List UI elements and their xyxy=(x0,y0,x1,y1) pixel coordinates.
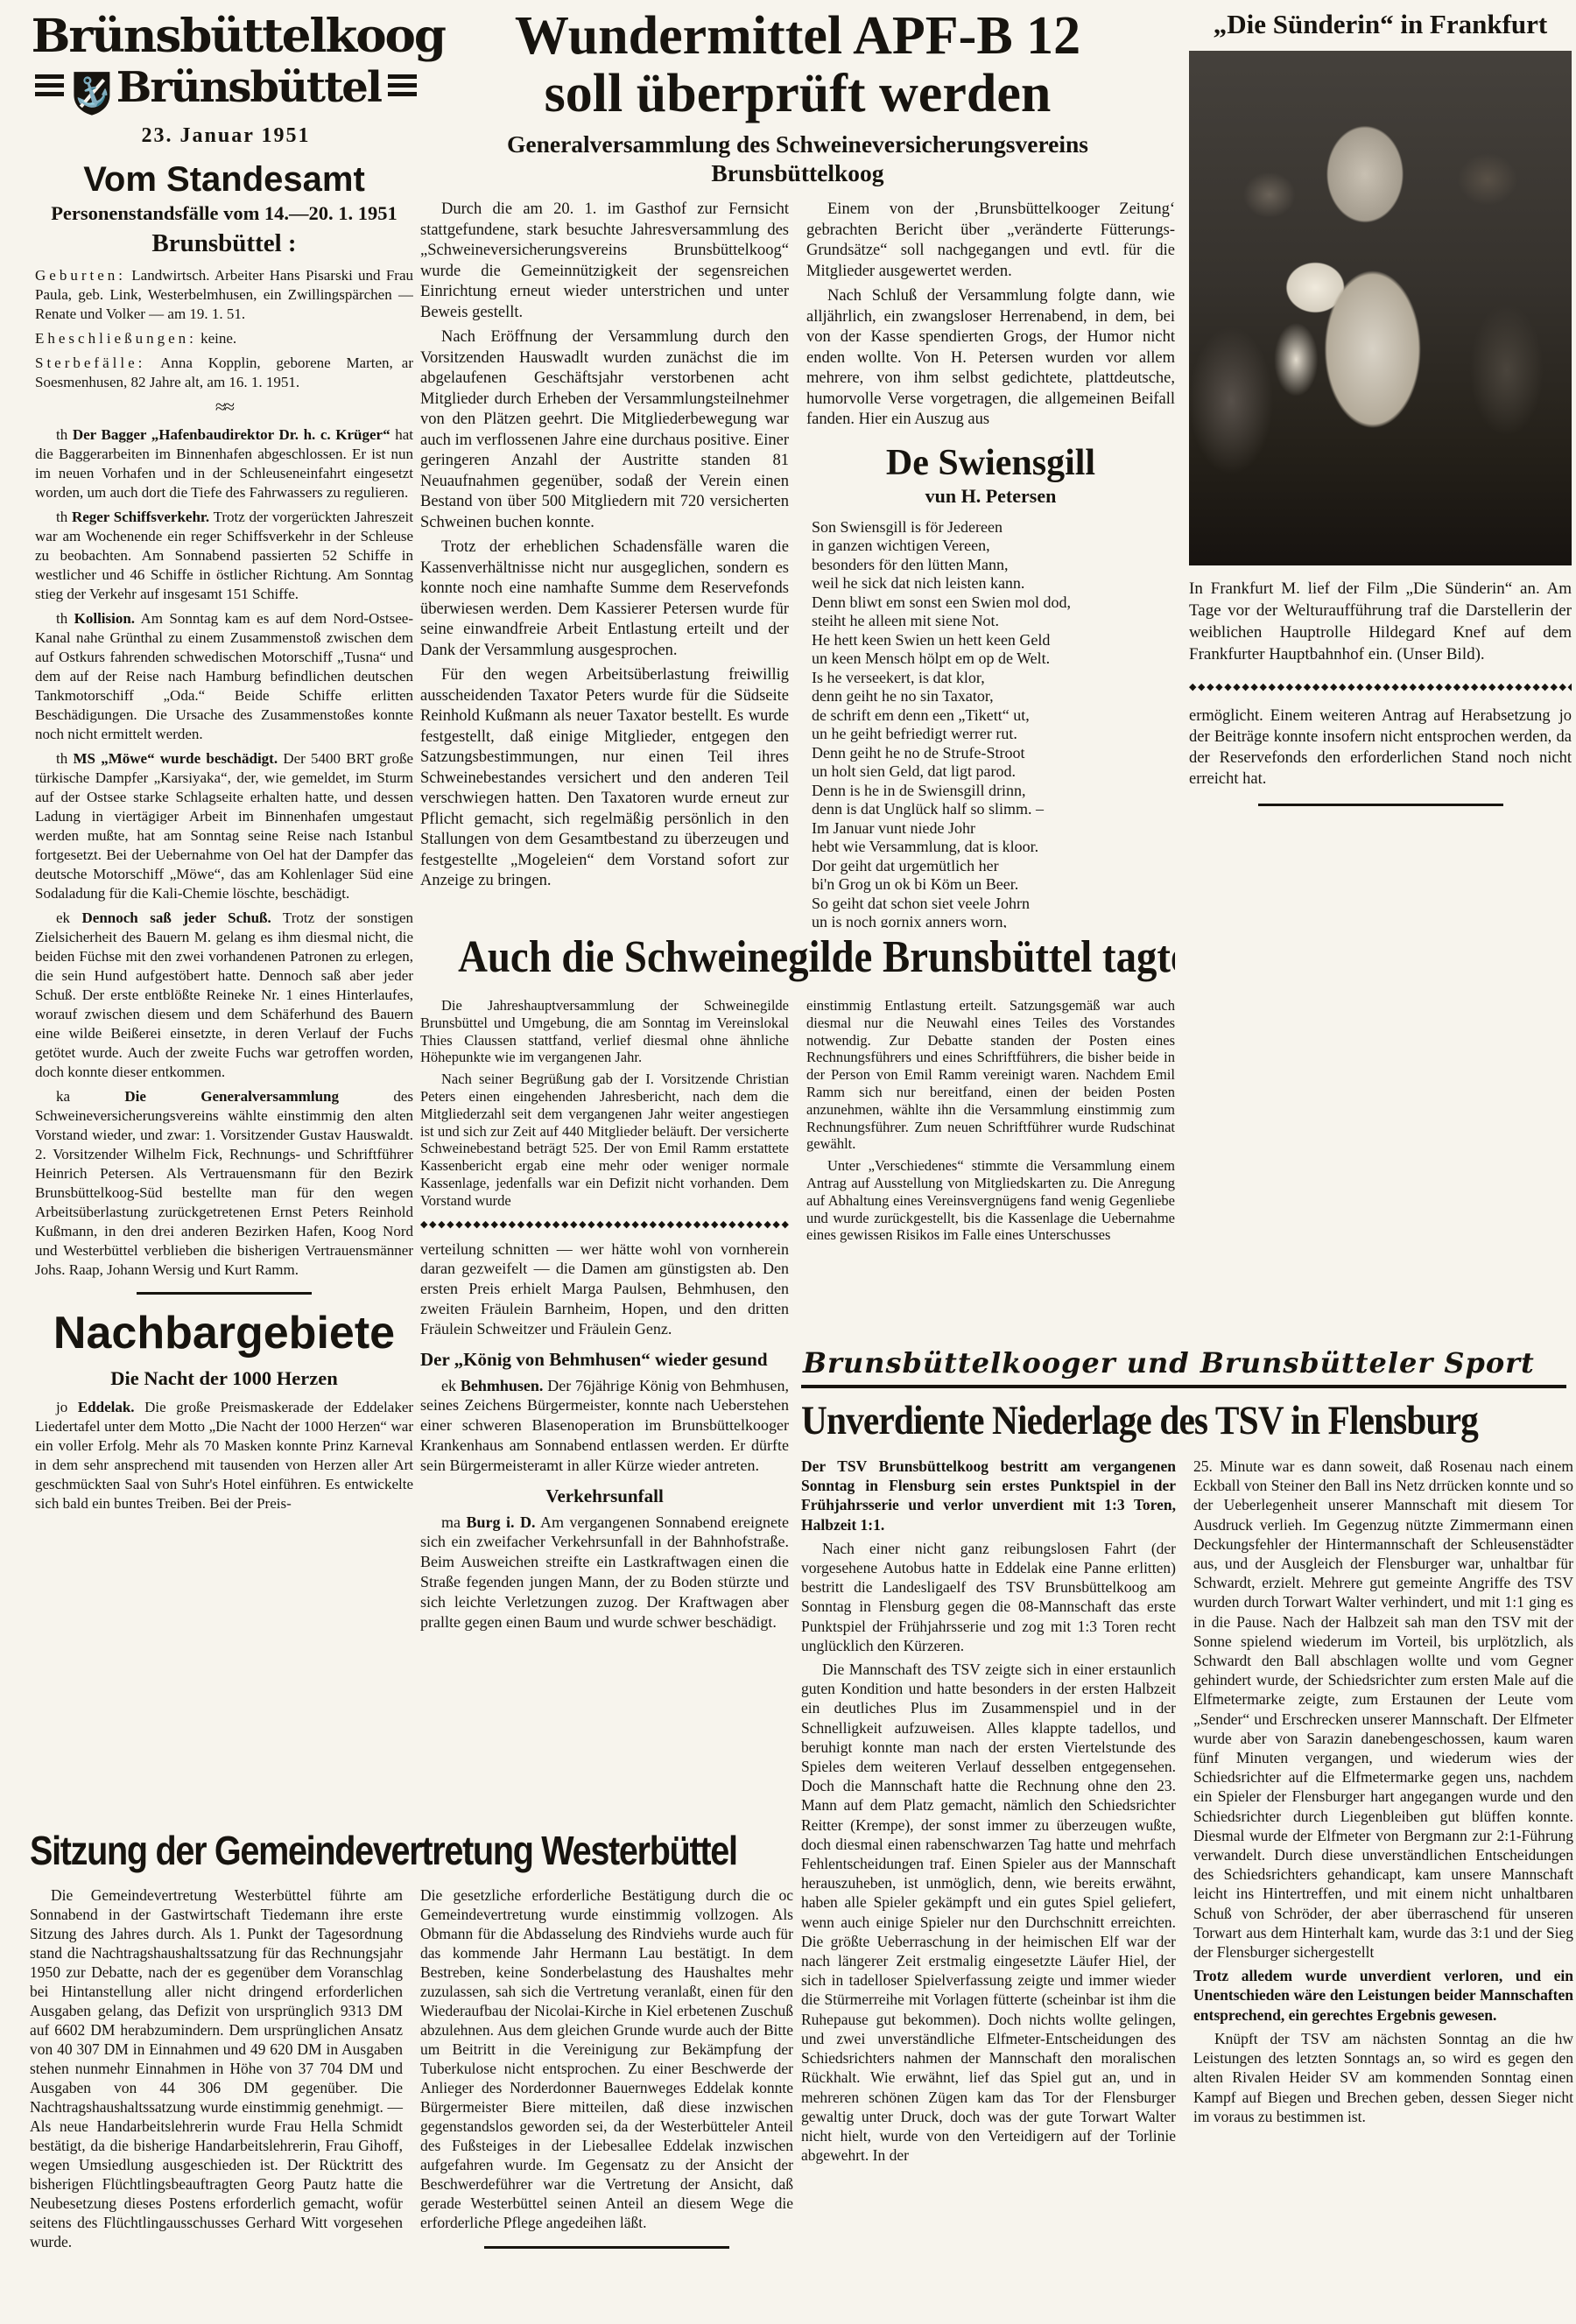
poem-line: in ganzen wichtigen Vereen, xyxy=(812,537,1175,556)
sitzung-paragraph: Die Gemeindevertretung Westerbüttel führ… xyxy=(30,1885,403,2251)
poem-line: Son Swiensgill is för Jedereen xyxy=(812,518,1175,537)
apf-paragraph: Durch die am 20. 1. im Gasthof zur Ferns… xyxy=(420,200,789,323)
left-column: Vom Standesamt Personenstandsfälle vom 1… xyxy=(35,154,413,1822)
apf-headline-line2: soll überprüft werden xyxy=(420,65,1175,123)
poem-line: besonders för den lütten Mann, xyxy=(812,556,1175,575)
apf-subheadline: Generalversammlung des Schweineversicher… xyxy=(420,130,1175,187)
suenderin-caption: In Frankfurt M. lief der Film „Die Sünde… xyxy=(1189,578,1572,665)
newspaper-page: Brünsbüttelkoog ⚓ Brünsbüttel 23. Januar… xyxy=(0,0,1576,2324)
koenig-heading: Der „König von Behmhusen“ wieder gesund xyxy=(420,1348,789,1371)
poem-line: Im Januar vunt niede Johr xyxy=(812,819,1175,839)
sport-headline: Unverdiente Niederlage des TSV in Flensb… xyxy=(801,1397,1483,1444)
eddelak-item: jo Eddelak. Die große Preismaskerade der… xyxy=(35,1398,413,1513)
schweinegilde-paragraph: Die Jahreshauptversammlung der Schweineg… xyxy=(420,997,789,1066)
sport-col-1: Der TSV Brunsbüttelkoog bestritt am verg… xyxy=(801,1457,1176,2169)
poem-line: un keen Mensch hölpt em op de Welt. xyxy=(812,649,1175,669)
schweinegilde-col-1: Die Jahreshauptversammlung der Schweineg… xyxy=(420,997,789,1636)
masthead-title-line1: Brünsbüttelkoog xyxy=(32,12,421,61)
sitzung-paragraph: ocDie gesetzliche erforderliche Bestätig… xyxy=(420,1885,793,2232)
poem-line: So geiht dat schon siet veele Johrn xyxy=(812,895,1175,914)
schweinegilde-paragraph: Nach seiner Begrüßung gab der I. Vorsitz… xyxy=(420,1071,789,1209)
deaths-paragraph: arSterbefälle: Anna Kopplin, geborene Ma… xyxy=(35,354,413,392)
news-item: th Reger Schiffsverkehr. Trotz der vorge… xyxy=(35,508,413,604)
poem-line: He hett keen Swien un hett keen Geld xyxy=(812,631,1175,650)
poem-lines: Son Swiensgill is för Jedereenin ganzen … xyxy=(806,518,1175,929)
marriages-paragraph: Eheschließungen: keine. xyxy=(35,329,413,348)
schweinegilde-paragraph: einstimmig Entlastung erteilt. Satzungsg… xyxy=(806,997,1175,1153)
diamond-divider: ◆◆◆◆◆◆◆◆◆◆◆◆◆◆◆◆◆◆◆◆◆◆◆◆◆◆◆◆◆◆◆◆◆◆◆◆◆◆◆◆… xyxy=(1189,681,1572,693)
apf-paragraph: Trotz der erheblichen Schadensfälle ware… xyxy=(420,537,789,661)
sport-paragraph: Die Mannschaft des TSV zeigte sich in ei… xyxy=(801,1660,1176,2165)
apf-col-2: Einem von der ‚Brunsbüttelkooger Zeitung… xyxy=(806,200,1175,928)
masthead-crest-icon: ⚓ xyxy=(71,51,113,135)
poem-line: un holt sien Geld, dat ligt parod. xyxy=(812,762,1175,782)
poem-line: Denn is he in de Swiensgill drinn, xyxy=(812,782,1175,801)
section-rule xyxy=(137,1292,312,1295)
verkehrsunfall-item: ma Burg i. D. Am vergangenen Sonnabend e… xyxy=(420,1513,789,1632)
news-item: ek Dennoch saß jeder Schuß. Trotz der so… xyxy=(35,909,413,1082)
apf-col-1: Durch die am 20. 1. im Gasthof zur Ferns… xyxy=(420,200,789,928)
sport-paragraph: Nach einer nicht ganz reibungslosen Fahr… xyxy=(801,1539,1176,1655)
poem-line: hebt wie Versammlung, dat is kloor. xyxy=(812,838,1175,857)
schweinegilde-text: Die Jahreshauptversammlung der Schweineg… xyxy=(420,997,789,1210)
apf-paragraph: Für den wegen Arbeitsüberlastung freiwil… xyxy=(420,665,789,892)
nachbargebiete-title: Nachbargebiete xyxy=(35,1309,413,1358)
sport-closing: hwKnüpft der TSV am nächsten Sonntag an … xyxy=(1193,2029,1573,2126)
diamond-divider: ◆◆◆◆◆◆◆◆◆◆◆◆◆◆◆◆◆◆◆◆◆◆◆◆◆◆◆◆◆◆◆◆◆◆◆◆◆◆◆◆… xyxy=(420,1218,789,1231)
preis-continuation-block: verteilung schnitten — wer hätte wohl vo… xyxy=(420,1239,789,1632)
poem-line: de schrift em denn een „Tikett“ ut, xyxy=(812,706,1175,726)
sitzung-col-1: Die Gemeindevertretung Westerbüttel führ… xyxy=(30,1885,403,2256)
preis-continuation: verteilung schnitten — wer hätte wohl vo… xyxy=(420,1239,789,1339)
poem-line: un is noch gornix anners worn, xyxy=(812,913,1175,928)
sport-lead: Der TSV Brunsbüttelkoog bestritt am verg… xyxy=(801,1457,1176,1534)
poem-line: bi'n Grog un ok bi Köm un Beer. xyxy=(812,875,1175,895)
sport-col-2: 25. Minute war es dann soweit, daß Rosen… xyxy=(1193,1457,1573,2169)
sport-kicker: Brunsbüttelkooger und Brunsbütteler Spor… xyxy=(801,1346,1566,1388)
news-item: th Kollision. Am Sonntag kam es auf dem … xyxy=(35,609,413,744)
apf-paragraph: Nach Eröffnung der Versammlung durch den… xyxy=(420,327,789,533)
news-item: ka Die Generalversammlung des Schweineve… xyxy=(35,1087,413,1280)
schweinegilde-col-2: einstimmig Entlastung erteilt. Satzungsg… xyxy=(806,997,1175,1370)
poem-line: Denn geiht he no de Strufe-Stroot xyxy=(812,744,1175,763)
local-news-items: th Der Bagger „Hafenbaudirektor Dr. h. c… xyxy=(35,425,413,1280)
koenig-item: ek Behmhusen. Der 76jährige König von Be… xyxy=(420,1376,789,1476)
poem-line: Dor geiht dat urgemütlich her xyxy=(812,857,1175,876)
standesamt-place: Brunsbüttel : xyxy=(35,228,413,259)
poem-line: weil he sick dat nich leisten kann. xyxy=(812,574,1175,593)
masthead-speedlines-left xyxy=(35,74,64,101)
end-rule xyxy=(484,2246,729,2249)
sport-paragraph: 25. Minute war es dann soweit, daß Rosen… xyxy=(1193,1457,1573,1962)
section-sport: Brunsbüttelkooger und Brunsbütteler Spor… xyxy=(801,1346,1576,2322)
sitzung-headline: Sitzung der Gemeindevertretung Westerbüt… xyxy=(30,1828,686,1873)
standesamt-title: Vom Standesamt xyxy=(35,159,413,200)
news-item: th Der Bagger „Hafenbaudirektor Dr. h. c… xyxy=(35,425,413,502)
masthead-speedlines-right xyxy=(388,74,417,101)
verkehrsunfall-heading: Verkehrsunfall xyxy=(420,1485,789,1507)
poem-byline: vun H. Petersen xyxy=(806,485,1175,508)
poem-line: denn geiht he no sin Taxator, xyxy=(812,687,1175,706)
article-sitzung: Sitzung der Gemeindevertretung Westerbüt… xyxy=(30,1828,793,2320)
squiggle-divider: ≈≈ xyxy=(35,397,413,417)
poem-line: Is he verseekert, is dat klor, xyxy=(812,669,1175,688)
schweinegilde-headline: Auch die Schweinegilde Brunsbüttel tagte xyxy=(458,932,1137,983)
standesamt-subtitle: Personenstandsfälle vom 14.—20. 1. 1951 xyxy=(35,201,413,226)
poem-title: De Swiensgill xyxy=(806,443,1175,483)
births-paragraph: Geburten: Landwirtsch. Arbeiter Hans Pis… xyxy=(35,266,413,324)
apf-headline-line1: Wundermittel APF-B 12 xyxy=(420,7,1175,65)
apf-paragraph: Einem von der ‚Brunsbüttelkooger Zeitung… xyxy=(806,200,1175,282)
article-suenderin: „Die Sünderin“ in Frankfurt In Frankfurt… xyxy=(1189,9,1572,806)
suenderin-photo xyxy=(1189,51,1572,565)
end-rule xyxy=(1258,804,1503,806)
masthead-title-line2: Brünsbüttel xyxy=(116,65,381,110)
suenderin-headline: „Die Sünderin“ in Frankfurt xyxy=(1189,9,1572,40)
sport-emphasis: Trotz alledem wurde unverdient verloren,… xyxy=(1193,1966,1573,2025)
article-apf: Wundermittel APF-B 12 soll überprüft wer… xyxy=(420,7,1175,928)
poem-line: un he geiht befriedigt werrer rut. xyxy=(812,725,1175,744)
apf-paragraph: Nach Schluß der Versammlung folgte dann,… xyxy=(806,286,1175,431)
schweinegilde-paragraph: Unter „Verschiedenes“ stimmte die Versam… xyxy=(806,1157,1175,1244)
poem-line: steiht he alleen mit siene Not. xyxy=(812,612,1175,631)
nachbargebiete-subtitle: Die Nacht der 1000 Herzen xyxy=(35,1366,413,1391)
poem-line: Denn bliwt em sonst een Swien mol dod, xyxy=(812,593,1175,613)
news-item: th MS „Möwe“ wurde beschädigt. Der 5400 … xyxy=(35,749,413,903)
sitzung-col-2: ocDie gesetzliche erforderliche Bestätig… xyxy=(420,1885,793,2256)
masthead: Brünsbüttelkoog ⚓ Brünsbüttel 23. Januar… xyxy=(35,12,417,148)
poem-line: denn is dat Unglück half so slimm. – xyxy=(812,800,1175,819)
suenderin-continuation: joermöglicht. Einem weiteren Antrag auf … xyxy=(1189,706,1572,790)
